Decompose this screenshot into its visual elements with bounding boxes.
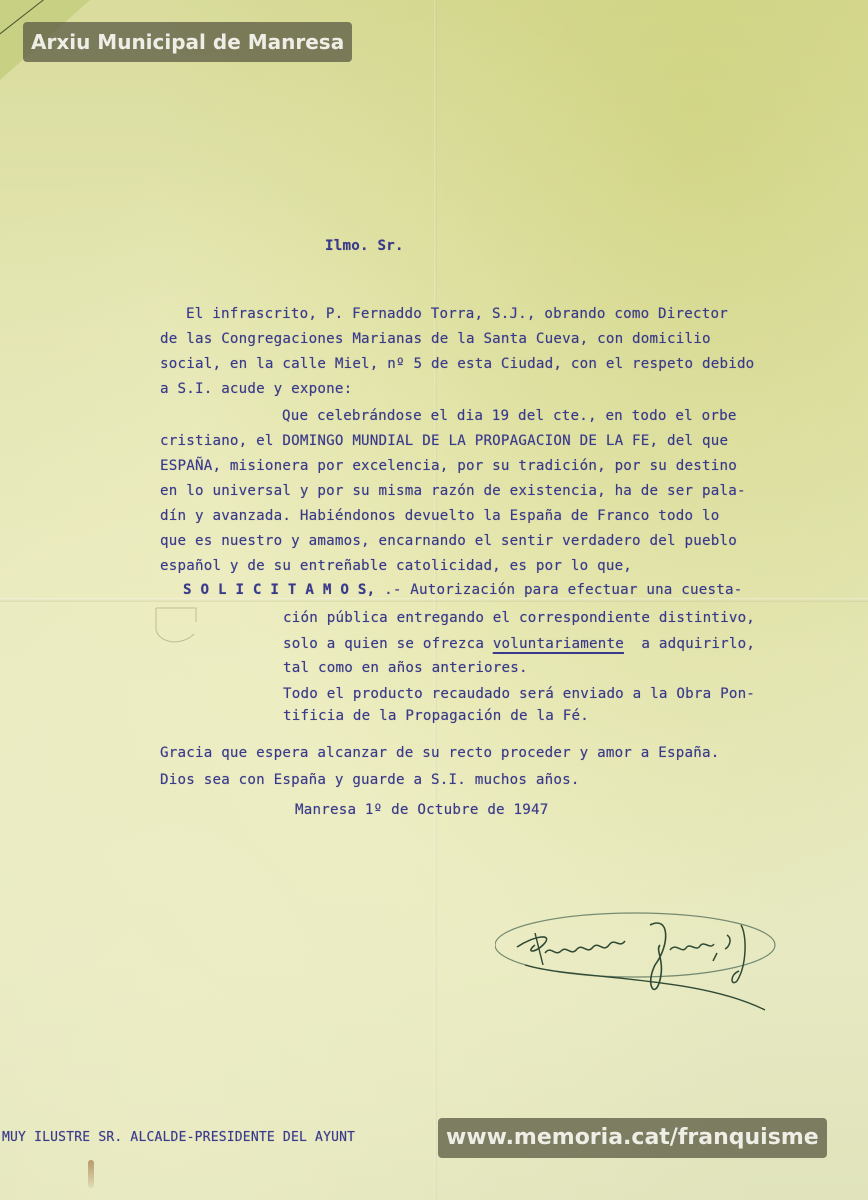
- intro-line-4: a S.I. acude y expone:: [160, 381, 352, 397]
- underlined-word: voluntariamente: [493, 636, 624, 652]
- addressee-line: MUY ILUSTRE SR. ALCALDE-PRESIDENTE DEL A…: [2, 1130, 355, 1145]
- request-line-2: ción pública entregando el correspondien…: [283, 610, 755, 626]
- rust-stain: [88, 1160, 94, 1188]
- website-watermark: www.memoria.cat/franquisme: [438, 1118, 827, 1158]
- body-line-5: dín y avanzada. Habiéndonos devuelto la …: [160, 508, 719, 524]
- body-line-2: cristiano, el DOMINGO MUNDIAL DE LA PROP…: [160, 433, 728, 449]
- intro-line-1: El infrascrito, P. Fernaddo Torra, S.J.,…: [186, 306, 728, 322]
- product-line-1: Todo el producto recaudado será enviado …: [283, 686, 755, 702]
- intro-line-2: de las Congregaciones Marianas de la San…: [160, 331, 711, 347]
- closing-line-2: Dios sea con España y guarde a S.I. much…: [160, 772, 580, 788]
- salutation: Ilmo. Sr.: [325, 238, 404, 254]
- request-keyword: S O L I C I T A M O S,: [183, 582, 375, 598]
- request-line-3-end: a adquirirlo,: [624, 636, 755, 652]
- closing-line-1: Gracia que espera alcanzar de su recto p…: [160, 745, 719, 761]
- body-line-1: Que celebrándose el dia 19 del cte., en …: [282, 408, 737, 424]
- request-line-4: tal como en años anteriores.: [283, 660, 528, 676]
- request-line-1: S O L I C I T A M O S, .- Autorización p…: [183, 582, 742, 598]
- handwritten-signature-icon: [495, 905, 785, 1015]
- body-line-4: en lo universal y por su misma razón de …: [160, 483, 746, 499]
- body-line-7: español y de su entreñable catolicidad, …: [160, 558, 632, 574]
- faint-stamp-mark-icon: [146, 600, 206, 650]
- body-line-3: ESPAÑA, misionera por excelencia, por su…: [160, 458, 737, 474]
- request-line-3-start: solo a quien se ofrezca: [283, 636, 493, 652]
- archive-watermark: Arxiu Municipal de Manresa: [23, 22, 352, 62]
- product-line-2: tificia de la Propagación de la Fé.: [283, 708, 589, 724]
- vertical-fold-crease: [434, 0, 437, 1200]
- body-line-6: que es nuestro y amamos, encarnando el s…: [160, 533, 737, 549]
- request-line-1-text: .- Autorización para efectuar una cuesta…: [384, 582, 742, 598]
- request-line-3: solo a quien se ofrezca voluntariamente …: [283, 636, 755, 652]
- intro-line-3: social, en la calle Miel, nº 5 de esta C…: [160, 356, 754, 372]
- place-date: Manresa 1º de Octubre de 1947: [295, 802, 549, 818]
